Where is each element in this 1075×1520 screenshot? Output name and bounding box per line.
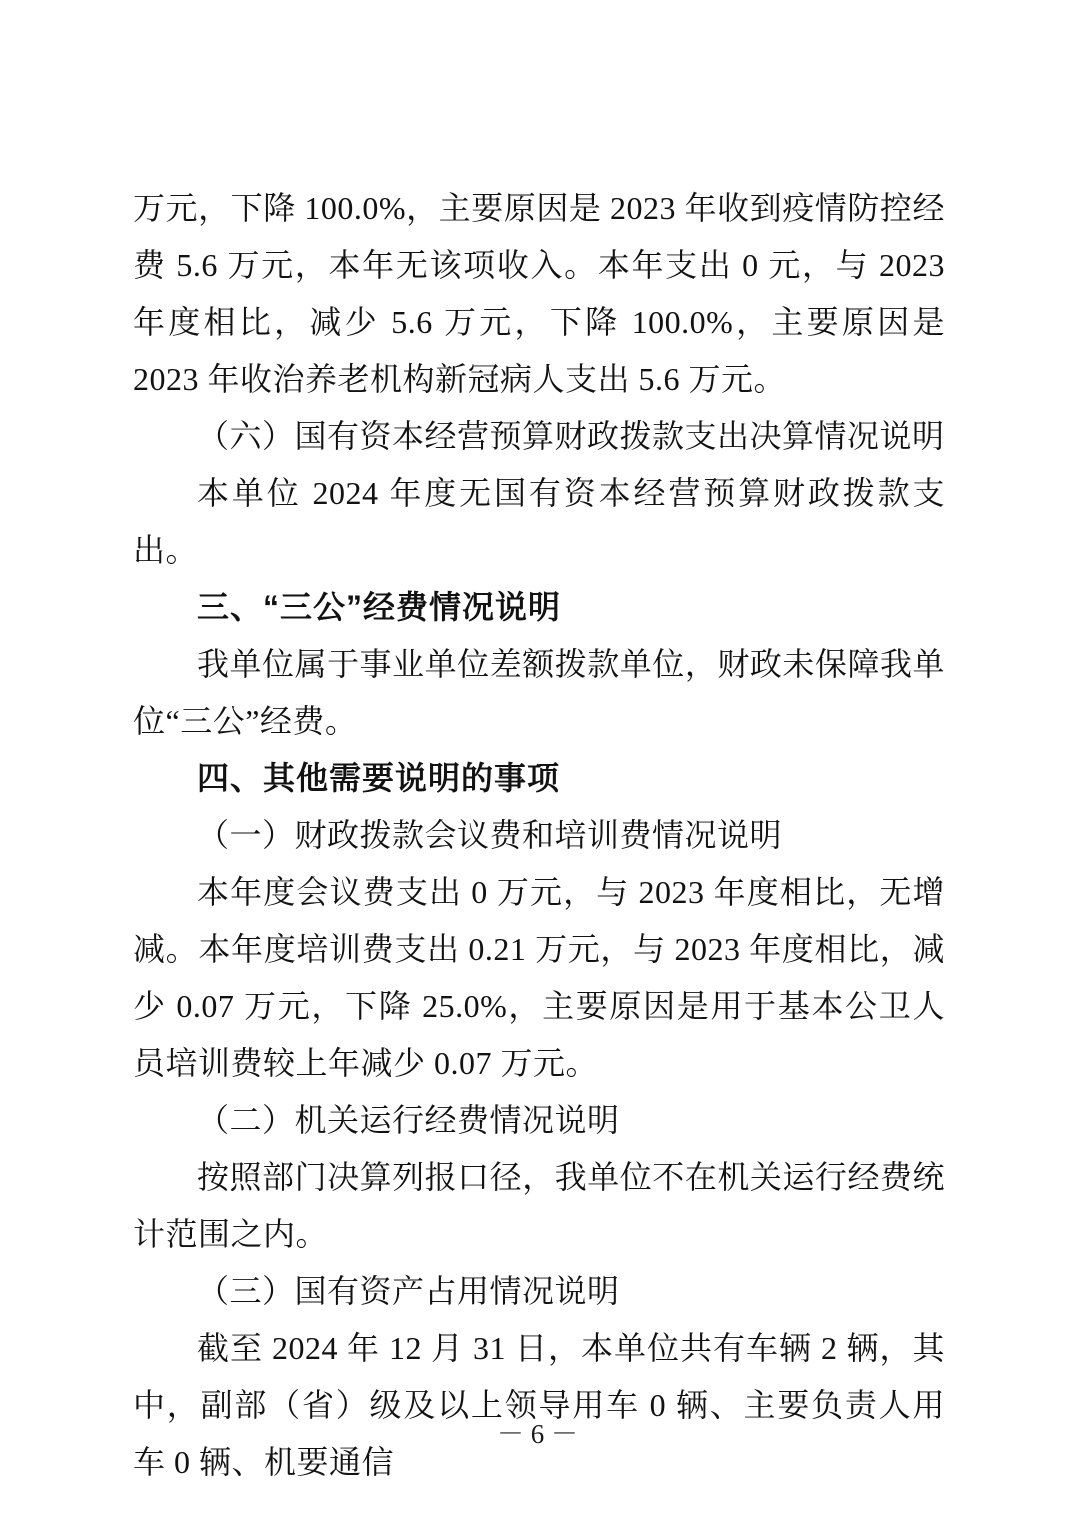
- paragraph-vehicle-assets: 截至 2024 年 12 月 31 日，本单位共有车辆 2 辆，其中，副部（省）…: [133, 1320, 945, 1491]
- document-page: 万元，下降 100.0%，主要原因是 2023 年收到疫情防控经费 5.6 万元…: [0, 0, 1075, 1520]
- heading-state-asset-occupancy: （三）国有资产占用情况说明: [133, 1263, 945, 1320]
- paragraph-no-state-capital-expenditure: 本单位 2024 年度无国有资本经营预算财政拨款支出。: [133, 465, 945, 579]
- heading-other-matters: 四、其他需要说明的事项: [133, 750, 945, 807]
- page-footer: － 6 －: [0, 1418, 1075, 1450]
- heading-meeting-training-fees: （一）财政拨款会议费和培训费情况说明: [133, 807, 945, 864]
- heading-agency-operating-funds: （二）机关运行经费情况说明: [133, 1092, 945, 1149]
- heading-three-public-expenses: 三、“三公”经费情况说明: [133, 579, 945, 636]
- paragraph-three-public-explanation: 我单位属于事业单位差额拨款单位，财政未保障我单位“三公”经费。: [133, 636, 945, 750]
- heading-state-capital-budget: （六）国有资本经营预算财政拨款支出决算情况说明: [133, 408, 945, 465]
- document-body: 万元，下降 100.0%，主要原因是 2023 年收到疫情防控经费 5.6 万元…: [133, 180, 945, 1491]
- paragraph-agency-operating-scope: 按照部门决算列报口径，我单位不在机关运行经费统计范围之内。: [133, 1149, 945, 1263]
- paragraph-fiscal-decrease-continuation: 万元，下降 100.0%，主要原因是 2023 年收到疫情防控经费 5.6 万元…: [133, 180, 945, 408]
- paragraph-meeting-training-details: 本年度会议费支出 0 万元，与 2023 年度相比，无增减。本年度培训费支出 0…: [133, 864, 945, 1092]
